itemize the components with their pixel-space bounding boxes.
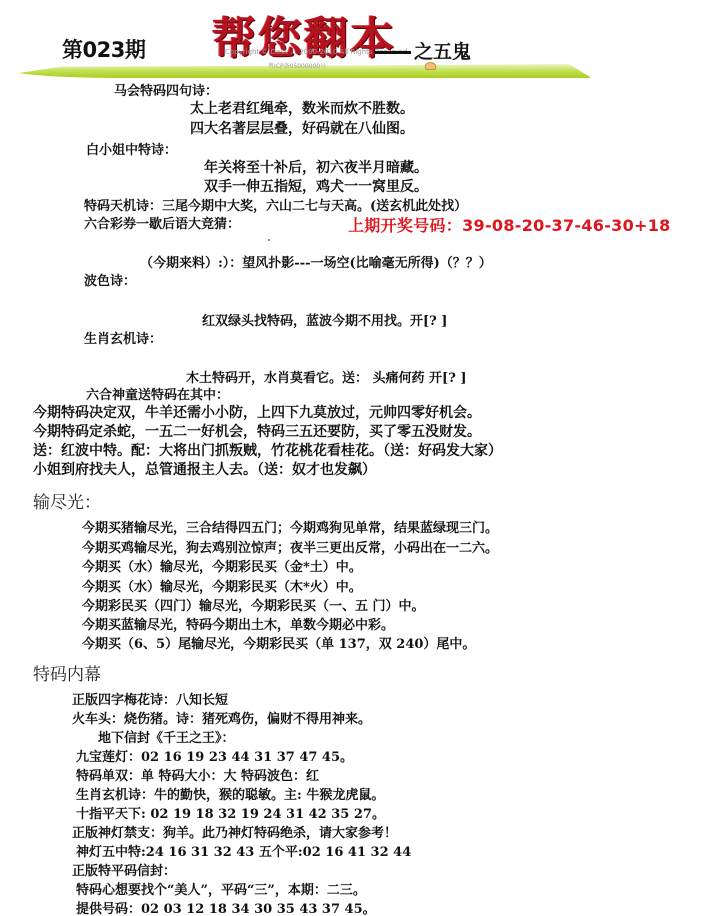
section-title-shujinguang: 输尽光： [33,488,101,513]
shentong-line: 今期特码决定双，牛羊还需小小防，上四下九莫放过，元帅四零好机会。 [33,402,481,422]
section-title-xiehouyu: 六合彩券一歇后语大竞猜： [84,213,240,232]
dash-icon [375,51,411,54]
shentong-line: 送：红波中特。配：大将出门抓叛贼，竹花桃花看桂花。（送：好码发大家） [33,440,502,460]
shujinguang-line: 今期买蓝输尽光，特码今期出土木，单数今期必中彩。 [82,614,394,633]
neimu-line: 正版四字梅花诗：八知长短 [72,689,228,708]
shujinguang-line: 今期彩民买（四门）输尽光，今期彩民买（一、五 门）中。 [82,595,425,614]
decorative-dot [268,239,270,241]
section-title-bai: 白小姐中特诗： [86,139,177,158]
neimu-line: 提供号码：02 03 12 18 34 30 35 43 37 45。 [76,898,376,916]
issue-number: 第023期 [62,34,145,64]
tianji-line: 特码天机诗：三尾今期中大奖，六山二七与天高。(送玄机此处找） [84,195,467,214]
neimu-line: 火车头：烧伤猪。诗：猪死鸡伤，偏财不得用神来。 [72,708,371,727]
section-title-shengxiao: 生肖玄机诗： [84,328,162,347]
poem-line: 双手一伸五指短，鸡犬一一窝里反。 [204,176,428,196]
neimu-line: 特码心想要找个“美人”，平码“三”，本期：二三。 [76,879,366,898]
logo-subtitle: 之五鬼 [375,37,471,64]
neimu-line: 正版特平码信封： [72,860,176,879]
neimu-line: 正版神灯禁支：狗羊。此乃神灯特码绝杀，请大家参考！ [72,822,397,841]
neimu-line: 地下信封《千王之王》： [98,727,235,746]
neimu-line: 生肖玄机诗：牛的勤快，猴的聪敏。主: 牛猴龙虎鼠。 [76,784,384,803]
xiehouyu-line: （今期来料）:）：望风扑影---一场空(比喻毫无所得)（？？） [140,252,492,271]
icp-text: 粤ICP备05000000号 [268,61,326,70]
section-title-bose: 波色诗： [84,270,136,289]
section-title-mahui: 马会特码四句诗： [114,80,218,99]
poem-line: 四大名著层层叠，好码就在八仙图。 [190,118,414,138]
neimu-line: 特码单双：单 特码大小：大 特码波色：红 [76,765,319,784]
shujinguang-line: 今期买（水）输尽光，今期彩民买（木*火）中。 [82,576,362,595]
section-title-shentong: 六合神童送特码在其中： [86,384,229,403]
neimu-line: 十指平天下: 02 19 18 32 19 24 31 42 35 27。 [76,803,385,822]
neimu-line: 九宝莲灯：02 16 19 23 44 31 37 47 45。 [76,746,353,765]
poem-line: 年关将至十补后，初六夜半月暗藏。 [204,157,428,177]
section-title-neimu: 特码内幕 [33,660,101,685]
shujinguang-line: 今期买（水）输尽光，今期彩民买（金*土）中。 [82,556,362,575]
shentong-line: 今期特码定杀蛇，一五二一好机会，特码三五还要防，买了零五没财发。 [33,421,481,441]
poem-line: 太上老君红绳牵，数米而炊不胜数。 [190,98,414,118]
bose-line: 红双绿头找特码，蓝波今期不用找。开[? ] [202,310,447,329]
shujinguang-line: 今期买鸡输尽光，狗去鸡别泣惊声；夜半三更出反常，小码出在一二六。 [82,537,498,556]
last-draw-result: 上期开奖号码：39-08-20-37-46-30+18 [348,213,671,236]
logo-title: 帮您翻本 [212,2,396,66]
shujinguang-line: 今期买（6、5）尾输尽光，今期彩民买（单 137，双 240）尾中。 [82,633,475,652]
shentong-line: 小姐到府找夫人，总管通报主人去。（送：奴才也发飙） [33,459,376,479]
neimu-line: 神灯五中特:24 16 31 32 43 五个平:02 16 41 32 44 [76,841,411,860]
shujinguang-line: 今期买猪输尽光，三合结得四五门；今期鸡狗见单常，结果蓝绿现三门。 [82,517,498,536]
logo-subtitle-text: 之五鬼 [414,41,471,63]
